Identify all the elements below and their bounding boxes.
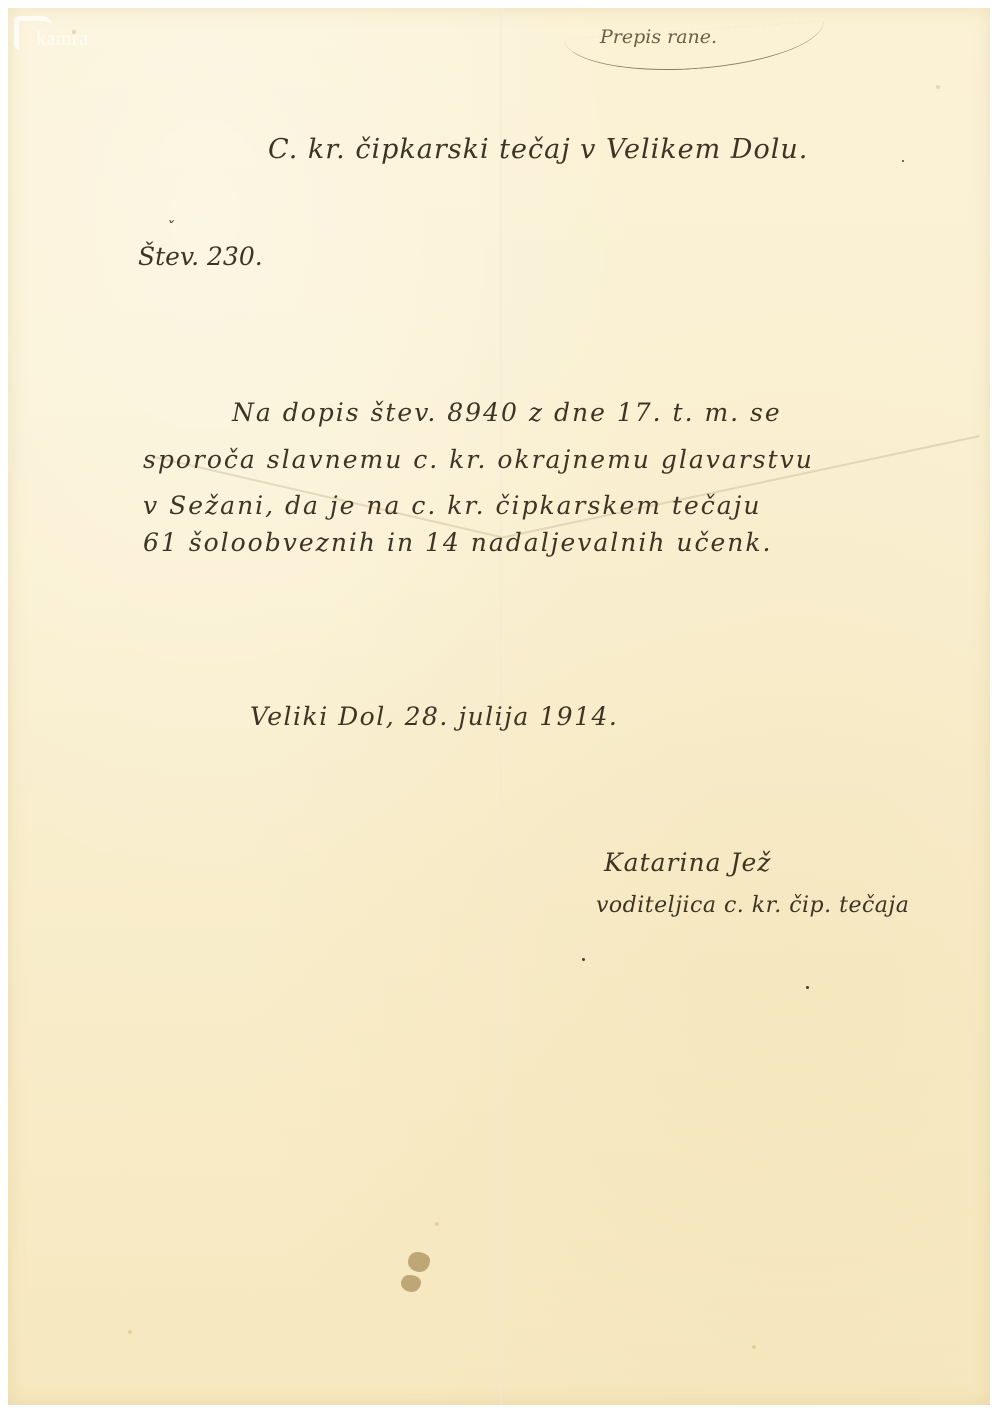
paper-speck bbox=[936, 85, 940, 89]
paper-speck bbox=[72, 30, 76, 34]
paper-speck bbox=[752, 1345, 756, 1349]
paper-speck bbox=[128, 1330, 132, 1334]
ink-dot bbox=[582, 958, 585, 961]
reference-number-text: Štev. 230. bbox=[138, 242, 263, 271]
body-line-4: 61 šoloobveznih in 14 nadaljevalnih učen… bbox=[143, 528, 773, 557]
document-heading: C. kr. čipkarski tečaj v Velikem Dolu. bbox=[268, 134, 808, 165]
margin-note: Prepis rane. bbox=[600, 26, 717, 48]
reference-number: ˇ Štev. 230. bbox=[138, 242, 263, 271]
watermark-logo: kamra bbox=[12, 14, 122, 54]
body-line-2: sporoča slavnemu c. kr. okrajnemu glavar… bbox=[143, 445, 814, 474]
paper-speck bbox=[435, 1222, 439, 1226]
place-and-date: Veliki Dol, 28. julija 1914. bbox=[250, 702, 618, 731]
signature-title: voditeljica c. kr. čip. tečaja bbox=[596, 893, 909, 918]
watermark-text: kamra bbox=[36, 28, 88, 51]
ink-dot bbox=[902, 160, 904, 162]
signature-name: Katarina Jež bbox=[604, 848, 771, 877]
body-line-3: v Sežani, da je na c. kr. čipkarskem teč… bbox=[143, 491, 762, 520]
body-line-1: Na dopis štev. 8940 z dne 17. t. m. se bbox=[232, 398, 782, 427]
ink-dot bbox=[806, 986, 809, 989]
caron-accent: ˇ bbox=[166, 218, 174, 237]
